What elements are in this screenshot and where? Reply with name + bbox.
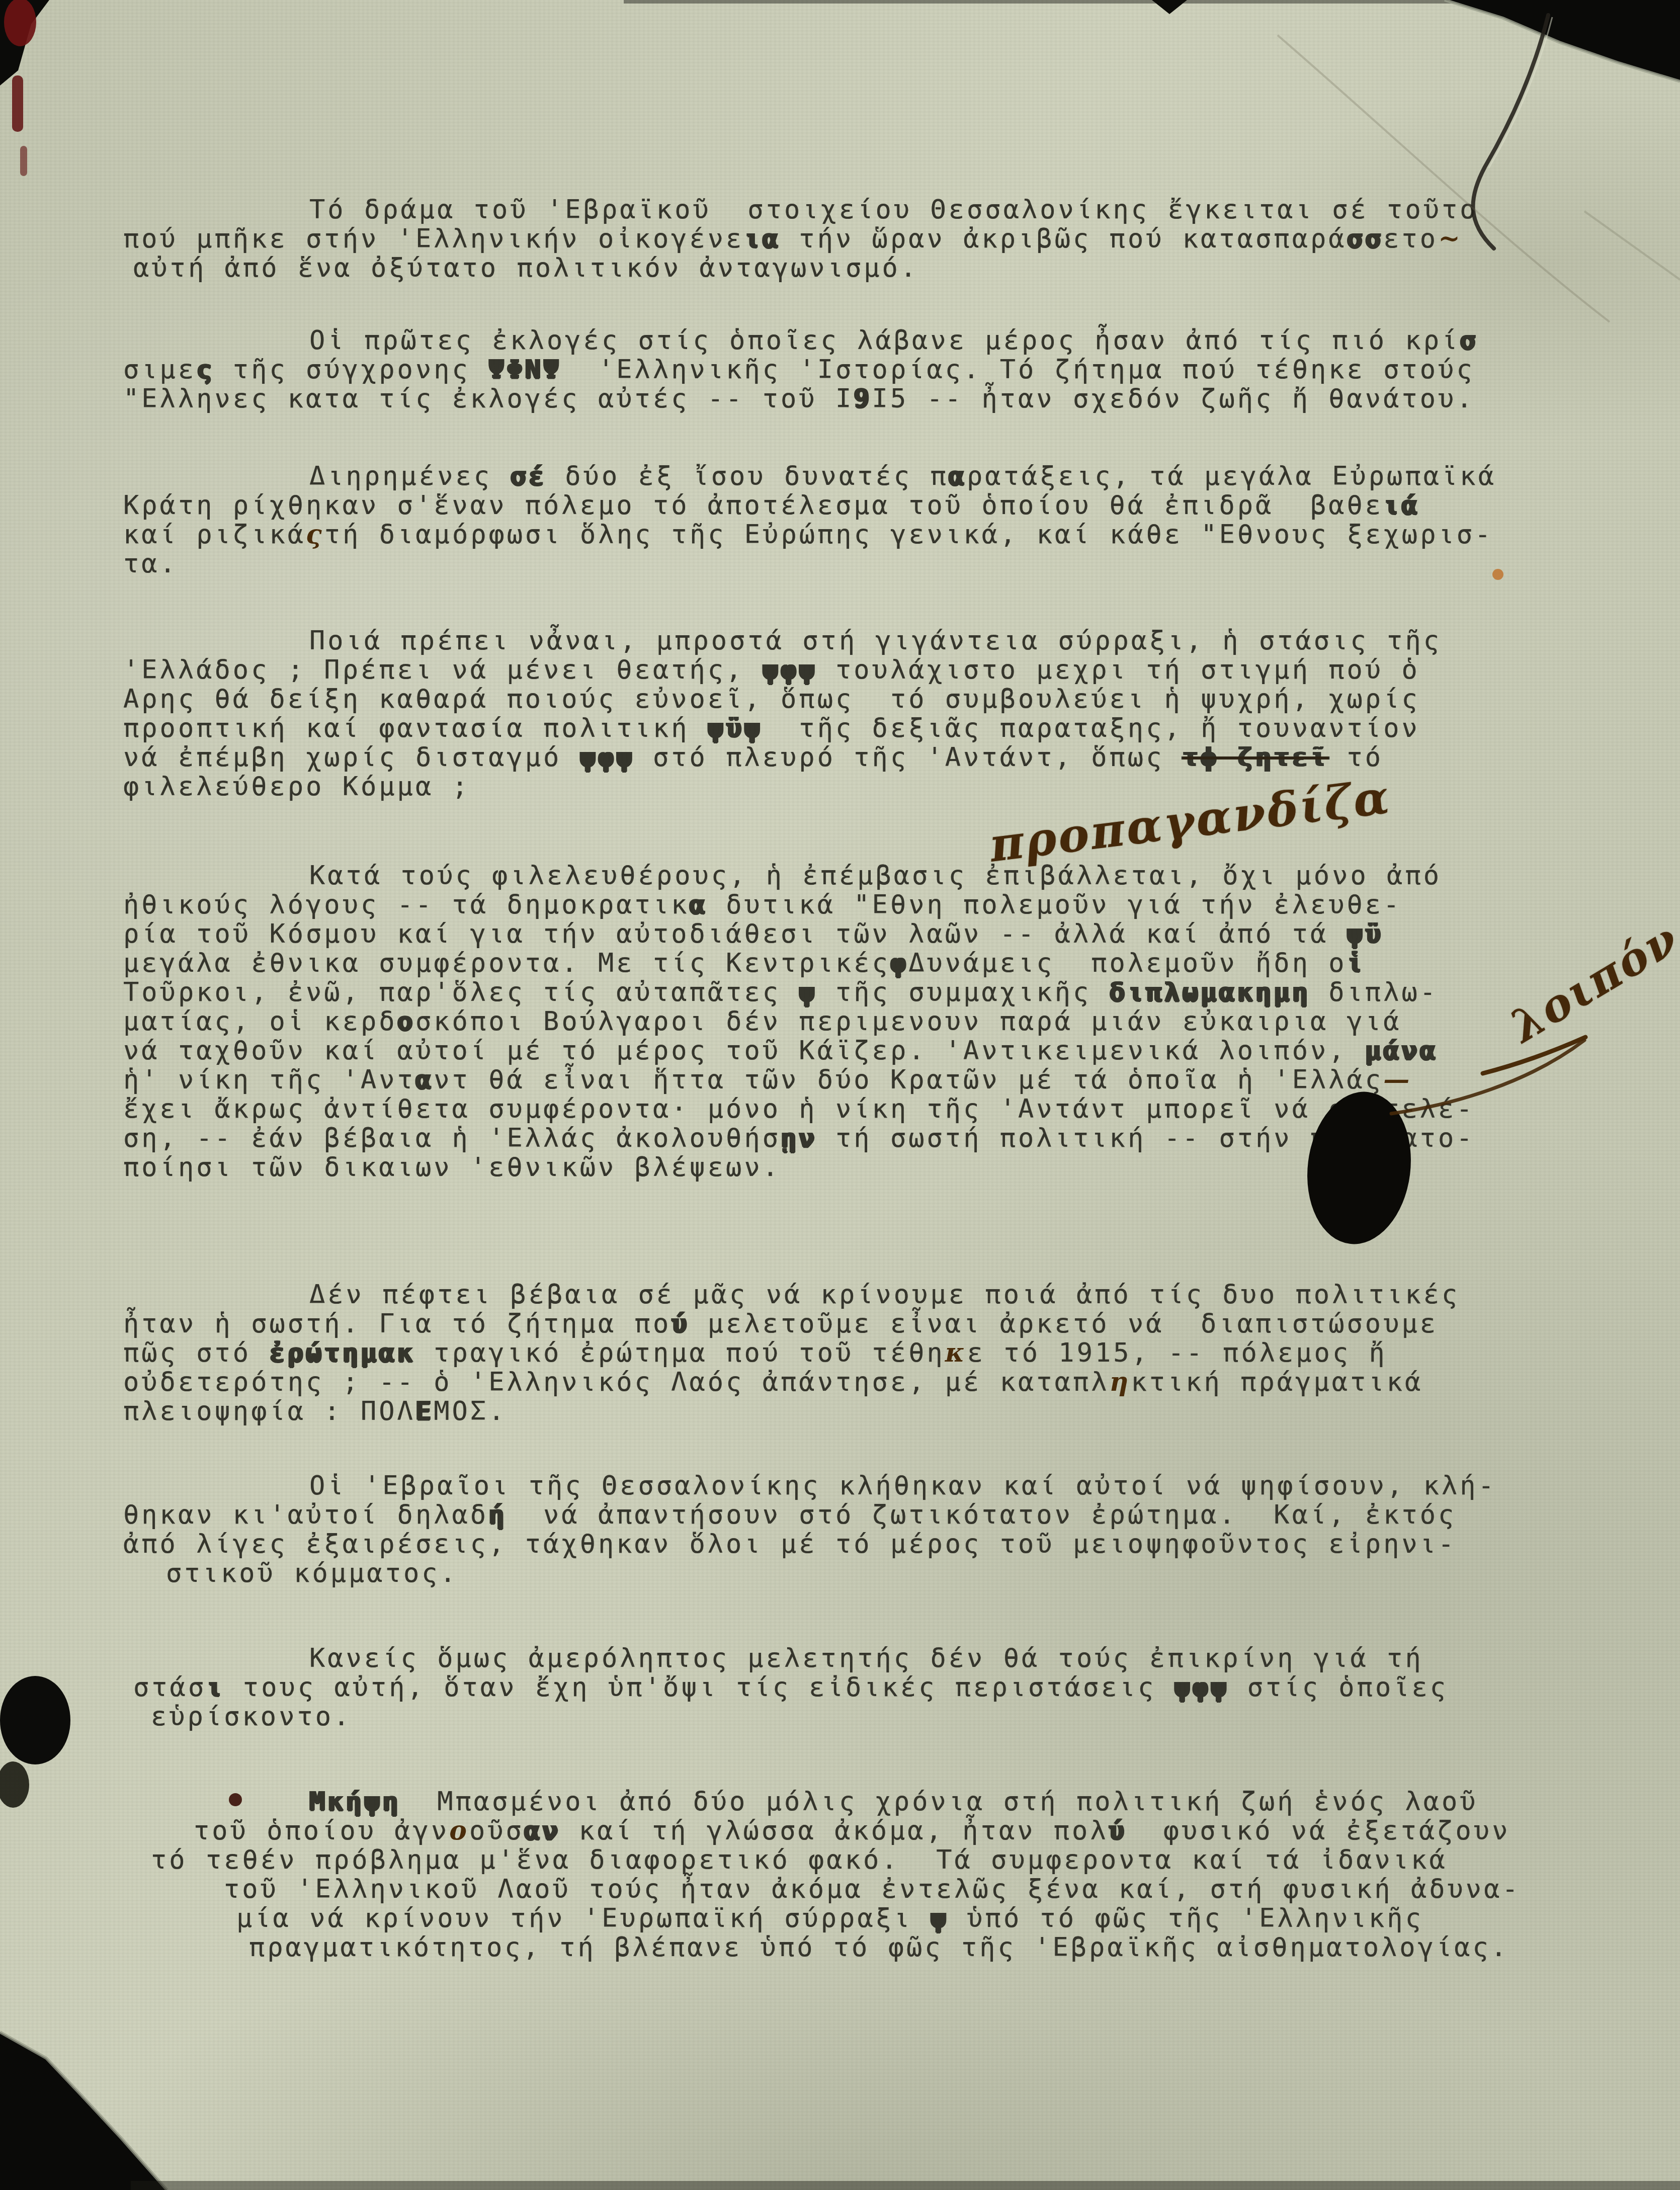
typed-text: θηκαν κι'αὐτοί δηλαδ xyxy=(123,1500,488,1530)
typed-text: ΜΟΣ. xyxy=(434,1396,507,1426)
overtyped-text: σ xyxy=(1460,325,1478,356)
typed-text: τα. xyxy=(123,549,178,579)
handwritten-correction: κ xyxy=(945,1337,967,1368)
text-line: τό τεθέν πρόβλημα μ'ἕνα διαφορετικό φακό… xyxy=(123,1845,1448,1875)
typed-text: φυσικό νά ἐξετάζουν xyxy=(1127,1816,1510,1846)
red-ink-mark-3 xyxy=(20,146,27,176)
typed-text: Δυνάμεις πολεμοῦν ἤδη ο xyxy=(908,948,1347,978)
typed-text: τους αὐτή, ὅταν ἔχη ὑπ'ὄψι τίς εἰδικές π… xyxy=(225,1672,1174,1703)
typed-text: τουλάχιστο μεχρι τή στιγμή πού ὁ xyxy=(817,655,1420,685)
typed-text: ση, -- ἐάν βέβαια ἡ 'Ελλάς ἀκολουθήσ xyxy=(123,1123,781,1153)
typed-text: Κράτη ρίχθηκαν σ'ἕναν πόλεμο τό ἀποτέλεσ… xyxy=(123,490,1383,521)
typed-text: Ι5 -- ἦταν σχεδόν ζωῆς ἤ θανάτου. xyxy=(872,384,1475,414)
typed-text: ματίας, οἱ κερδ xyxy=(123,1006,397,1037)
text-line: Κανείς ὅμως ἀμερόληπτος μελετητής δέν θά… xyxy=(123,1644,1423,1673)
paragraph-5: Κατά τούς φιλελευθέρους, ἡ ἐπέμβασις ἐπι… xyxy=(123,861,1592,1182)
typed-text: Οἱ πρῶτες ἐκλογές στίς ὁποῖες λάβανε μέρ… xyxy=(309,325,1460,356)
overtyped-text: ο xyxy=(397,1006,415,1037)
torn-corner-top-right xyxy=(1445,0,1680,81)
typed-text: στάσ xyxy=(133,1672,206,1703)
paragraph-3: Διηρημένες σέ δύο ἐξ ἴσου δυνατές παρατά… xyxy=(123,462,1592,578)
overtyped-text: ύ xyxy=(671,1309,689,1339)
top-edge-shadow xyxy=(624,0,1459,4)
handwritten-correction: — xyxy=(1383,1064,1412,1095)
overtyped-text: ψ xyxy=(799,977,817,1007)
text-line: ἡ' νίκη τῆς 'Ανταντ θά εἶναι ἥττα τῶν δύ… xyxy=(123,1065,1412,1094)
typed-text: πραγματικότητος, τή βλέπανε ὑπό τό φῶς τ… xyxy=(249,1932,1509,1963)
typed-text: Δέν πέφτει βέβαια σέ μᾶς νά κρίνουμε ποι… xyxy=(309,1280,1460,1310)
typed-text: Κατά τούς φιλελευθέρους, ἡ ἐπέμβασις ἐπι… xyxy=(309,861,1442,891)
text-line: Δέν πέφτει βέβαια σέ μᾶς νά κρίνουμε ποι… xyxy=(123,1280,1460,1309)
handwritten-correction: ς xyxy=(306,519,324,550)
overtyped-text: ς xyxy=(196,355,214,385)
typed-text: κτική πράγματικά xyxy=(1131,1367,1423,1397)
paragraph-6: Δέν πέφτει βέβαια σέ μᾶς νά κρίνουμε ποι… xyxy=(123,1280,1592,1426)
handwritten-correction: ο xyxy=(449,1815,469,1846)
typewritten-text-block: Τό δράμα τοῦ 'Εβραϊκοῦ στοιχείου Θεσσαλο… xyxy=(123,195,1592,1962)
typed-text: ἠθικούς λόγους -- τά δημοκρατικ xyxy=(123,890,690,920)
typed-text: ποίησι τῶν δικαιων 'εθνικῶν βλέψεων. xyxy=(123,1152,781,1183)
text-line: ἔχει ἄκρως ἀντίθετα συμφέροντα· μόνο ἡ ν… xyxy=(123,1094,1475,1124)
typed-text: διπλω- xyxy=(1310,977,1438,1007)
handwritten-correction: η xyxy=(1110,1367,1131,1397)
torn-corner-top-left xyxy=(0,0,49,86)
typed-text: τῆς συμμαχικῆς xyxy=(817,977,1110,1007)
crease-line-2 xyxy=(1584,211,1680,280)
overtyped-text: αν xyxy=(524,1816,561,1846)
bottom-edge-shadow xyxy=(131,2181,1680,2190)
typed-text: Τό δράμα τοῦ 'Εβραϊκοῦ στοιχείου Θεσσαλο… xyxy=(309,195,1478,225)
typed-text: στίς ὁποῖες xyxy=(1229,1672,1448,1703)
overtyped-text: ΨΦΝΨ xyxy=(488,355,561,385)
typed-text: πῶς στό xyxy=(123,1338,269,1368)
typed-text: πλειοψηφία : ΠΟΛ xyxy=(123,1396,415,1426)
text-line: αὐτή ἀπό ἕνα ὀξύτατο πολιτικόν ἀνταγωνισ… xyxy=(123,254,918,283)
paragraph-7: Οἱ 'Εβραῖοι τῆς Θεσσαλονίκης κλήθηκαν κα… xyxy=(123,1471,1592,1588)
typed-text: δύο ἐξ ἴσου δυνατές π xyxy=(547,461,949,491)
text-line: πλειοψηφία : ΠΟΛΕΜΟΣ. xyxy=(123,1397,507,1426)
text-line: Οἱ 'Εβραῖοι τῆς Θεσσαλονίκης κλήθηκαν κα… xyxy=(123,1471,1496,1500)
typed-text: Τοῦρκοι, ἐνῶ, παρ'ὅλες τίς αὐταπᾶτες xyxy=(123,977,799,1007)
overtyped-text: ιά xyxy=(1383,490,1420,521)
overtyped-text: ια xyxy=(744,224,781,254)
typed-text: Αρης θά δείξη καθαρά ποιούς εὐνοεῖ, ὅπως… xyxy=(123,684,1420,714)
text-line: ση, -- ἐάν βέβαια ἡ 'Ελλάς ἀκολουθήσῃν τ… xyxy=(123,1124,1475,1153)
typed-text: Διηρημένες xyxy=(309,461,510,491)
typed-text: τήν ὥραν ἀκριβῶς πού κατασπαρά xyxy=(781,224,1347,254)
typed-text: τή διαμόρφωσι ὅλης τῆς Εὐρώπης γενικά, κ… xyxy=(324,520,1493,550)
overtyped-text: ψ xyxy=(931,1903,949,1933)
typed-text: ἡ' νίκη τῆς 'Αντ xyxy=(123,1065,415,1095)
text-line: θηκαν κι'αὐτοί δηλαδή νά ἀπαντήσουν στό … xyxy=(123,1500,1456,1530)
typed-text: αὐτή ἀπό ἕνα ὀξύτατο πολιτικόν ἀνταγωνισ… xyxy=(133,253,918,283)
text-line: καί ριζικάςτή διαμόρφωσι ὅλης τῆς Εὐρώπη… xyxy=(123,520,1493,549)
typed-text: τοῦ ὁποίου ἀγν xyxy=(194,1816,449,1846)
text-line: Μκήψη Μπασμένοι ἀπό δύο μόλις χρόνια στή… xyxy=(123,1787,1478,1816)
text-line: φιλελεύθερο Κόμμα ; xyxy=(123,772,470,801)
text-line: μία νά κρίνουν τήν 'Ευρωπαϊκή σύρραξι ψ … xyxy=(123,1904,1423,1933)
typed-text: ρατάξεις, τά μεγάλα Εὐρωπαϊκά xyxy=(967,461,1496,491)
top-edge-nick xyxy=(1152,0,1187,14)
typed-text: νά ἀπαντήσουν στό ζωτικότατον ἐρώτημα. Κ… xyxy=(507,1500,1456,1530)
typed-text: εὑρίσκοντο. xyxy=(151,1702,352,1732)
paragraph-2: Οἱ πρῶτες ἐκλογές στίς ὁποῖες λάβανε μέρ… xyxy=(123,326,1592,413)
text-line: πού μπῆκε στήν 'Ελληνικήν οἰκογένεια τήν… xyxy=(123,224,1463,254)
typed-text: ε τό 1915, -- πόλεμος ἤ xyxy=(967,1338,1387,1368)
text-line: τα. xyxy=(123,549,178,578)
text-line: οὐδετερότης ; -- ὁ 'Ελληνικός Λαός ἀπάντ… xyxy=(123,1368,1423,1397)
typed-text: Ποιά πρέπει νἆναι, μπροστά στή γιγάντεια… xyxy=(309,626,1442,656)
typed-text: ὑπό τό φῶς τῆς 'Ελληνικῆς xyxy=(949,1903,1423,1933)
overtyped-text: ἐρώτημακ xyxy=(269,1338,415,1368)
text-line: Κράτη ρίχθηκαν σ'ἕναν πόλεμο τό ἀποτέλεσ… xyxy=(123,491,1420,520)
text-line: ἀπό λίγες ἐξαιρέσεις, τάχθηκαν ὅλοι μέ τ… xyxy=(123,1530,1456,1559)
paragraph-9: Μκήψη Μπασμένοι ἀπό δύο μόλις χρόνια στή… xyxy=(123,1787,1592,1962)
text-line: νά ταχθοῦν καί αὐτοί μέ τό μέρος τοῦ Κάϊ… xyxy=(123,1036,1438,1065)
overtyped-text: α xyxy=(415,1065,434,1095)
typed-text: μελετοῦμε εἶναι ἀρκετό νά διαπιστώσουμε xyxy=(690,1309,1439,1339)
text-line: πῶς στό ἐρώτημακ τραγικό ἐρώτημα πού τοῦ… xyxy=(123,1338,1387,1368)
typed-text: πού μπῆκε στήν 'Ελληνικήν οἰκογένε xyxy=(123,224,744,254)
left-edge-blot xyxy=(0,1676,70,1764)
text-line: πραγματικότητος, τή βλέπανε ὑπό τό φῶς τ… xyxy=(123,1933,1509,1962)
typed-text: ντ θά εἶναι ἥττα τῶν δύο Κρατῶν μέ τά ὁπ… xyxy=(434,1065,1383,1095)
typed-text: ἀπό λίγες ἐξαιρέσεις, τάχθηκαν ὅλοι μέ τ… xyxy=(123,1529,1456,1559)
overtyped-text: μάνα xyxy=(1365,1036,1438,1066)
typed-text: τῆς δεξιᾶς παραταξης, ἤ τουναντίον xyxy=(763,713,1420,743)
text-line: Ποιά πρέπει νἆναι, μπροστά στή γιγάντεια… xyxy=(123,626,1442,655)
torn-edge-highlight-top-right xyxy=(1445,0,1680,81)
overtyped-text: ι xyxy=(206,1672,224,1703)
text-line: στάσι τους αὐτή, ὅταν ἔχη ὑπ'ὄψι τίς εἰδ… xyxy=(123,1673,1448,1702)
text-line: ποίησι τῶν δικαιων 'εθνικῶν βλέψεων. xyxy=(123,1153,781,1182)
overtyped-text: ἱ xyxy=(1347,948,1365,978)
overtyped-text: ῃν xyxy=(781,1123,817,1153)
overtyped-text: ύ xyxy=(1109,1816,1127,1846)
overtyped-text: ψφψ xyxy=(763,655,817,685)
left-edge-blot-small xyxy=(0,1761,29,1808)
torn-corner-bottom-left xyxy=(0,2032,167,2190)
overtyped-text: Ε xyxy=(415,1396,434,1426)
typed-text: τῆς σύγχρονης xyxy=(215,355,489,385)
text-line: "Ελληνες κατα τίς ἐκλογές αὐτές -- τοῦ Ι… xyxy=(123,384,1475,413)
text-line: Τοῦρκοι, ἐνῶ, παρ'ὅλες τίς αὐταπᾶτες ψ τ… xyxy=(123,978,1438,1007)
typed-text: Κανείς ὅμως ἀμερόληπτος μελετητής δέν θά… xyxy=(309,1643,1423,1673)
typed-text: νά ἐπέμβη χωρίς δισταγμό xyxy=(123,742,580,773)
typed-text: ρία τοῦ Κόσμου καί για τήν αὐτοδιάθεσι τ… xyxy=(123,919,1347,949)
text-line: στικοῦ κόμματος. xyxy=(123,1559,458,1588)
text-line: Κατά τούς φιλελευθέρους, ἡ ἐπέμβασις ἐπι… xyxy=(123,861,1442,890)
overtyped-text: ψφψ xyxy=(580,742,635,773)
typed-text: προοπτική καί φαντασία πολιτική xyxy=(123,713,708,743)
text-line: προοπτική καί φαντασία πολιτική ψϋψ τῆς … xyxy=(123,714,1420,743)
overtyped-text: α xyxy=(949,461,967,491)
typed-text: καί ριζικά xyxy=(123,520,306,550)
text-line: ἠθικούς λόγους -- τά δημοκρατικα δυτικά … xyxy=(123,890,1401,919)
typed-text: ετο xyxy=(1383,224,1438,254)
paragraph-1: Τό δράμα τοῦ 'Εβραϊκοῦ στοιχείου Θεσσαλο… xyxy=(123,195,1592,283)
typed-text: τό xyxy=(1328,742,1383,773)
typed-text: τή σωστή πολιτική -- στήν πραγματο- xyxy=(817,1123,1475,1153)
overtyped-text: ή xyxy=(488,1500,507,1530)
typed-text: σκόποι Βούλγαροι δέν περιμενουν παρά μιά… xyxy=(415,1006,1402,1037)
text-line: ἦταν ἡ σωστή. Για τό ζήτημα πού μελετοῦμ… xyxy=(123,1309,1438,1338)
text-line: Διηρημένες σέ δύο ἐξ ἴσου δυνατές παρατά… xyxy=(123,462,1496,491)
text-line: ρία τοῦ Κόσμου καί για τήν αὐτοδιάθεσι τ… xyxy=(123,919,1383,949)
text-line: ματίας, οἱ κερδοσκόποι Βούλγαροι δέν περ… xyxy=(123,1007,1401,1036)
overtyped-text: 9 xyxy=(854,384,872,414)
typed-text: οὐδετερότης ; -- ὁ 'Ελληνικός Λαός ἀπάντ… xyxy=(123,1367,1110,1397)
typed-text: τραγικό ἐρώτημα πού τοῦ τέθη xyxy=(415,1338,945,1368)
typed-text: μεγάλα ἐθνικα συμφέροντα. Με τίς Κεντρικ… xyxy=(123,948,890,978)
text-line: Αρης θά δείξη καθαρά ποιούς εὐνοεῖ, ὅπως… xyxy=(123,685,1420,714)
overtyped-text: φ xyxy=(890,948,908,978)
typed-text: καί τή γλώσσα ἀκόμα, ἦταν πολ xyxy=(561,1816,1109,1846)
typed-text: τοῦ 'Ελληνικοῦ Λαοῦ τούς ἦταν ἀκόμα ἐντε… xyxy=(224,1874,1521,1904)
typed-text: ἔχει ἄκρως ἀντίθετα συμφέροντα· μόνο ἡ ν… xyxy=(123,1094,1475,1124)
paragraph-8: Κανείς ὅμως ἀμερόληπτος μελετητής δέν θά… xyxy=(123,1644,1592,1731)
overtyped-text: σέ xyxy=(510,461,547,491)
overtyped-text: ψϋ xyxy=(1347,919,1384,949)
typed-text: σιμε xyxy=(123,355,196,385)
text-line: Τό δράμα τοῦ 'Εβραϊκοῦ στοιχείου Θεσσαλο… xyxy=(123,195,1478,224)
text-line: 'Ελλάδος ; Πρέπει νά μένει θεατής, ψφψ τ… xyxy=(123,655,1420,685)
typed-text: 'Ελλάδος ; Πρέπει νά μένει θεατής, xyxy=(123,655,763,685)
red-ink-mark-2 xyxy=(12,75,23,132)
torn-edge-highlight-bottom-left xyxy=(0,2032,167,2190)
text-line: τοῦ ὁποίου ἀγνοοῦσαν καί τή γλώσσα ἀκόμα… xyxy=(123,1816,1510,1845)
pen-struck-text: τϕ ζητεῖ xyxy=(1183,742,1328,773)
overtyped-text: ψϋψ xyxy=(708,713,763,743)
typed-text: δυτικά "Εθνη πολεμοῦν γιά τήν ἐλευθε- xyxy=(708,890,1402,920)
typed-text: οῦσ xyxy=(469,1816,524,1846)
red-ink-mark-1 xyxy=(4,0,36,46)
text-line: εὑρίσκοντο. xyxy=(123,1702,352,1731)
text-line: Οἱ πρῶτες ἐκλογές στίς ὁποῖες λάβανε μέρ… xyxy=(123,326,1478,355)
typed-text: 'Ελληνικῆς 'Ιστορίας. Τό ζήτημα πού τέθη… xyxy=(561,355,1474,385)
scanned-document-page: Τό δράμα τοῦ 'Εβραϊκοῦ στοιχείου Θεσσαλο… xyxy=(0,0,1680,2190)
overtyped-text: διπλωμακημη xyxy=(1110,977,1310,1007)
text-line: τοῦ 'Ελληνικοῦ Λαοῦ τούς ἦταν ἀκόμα ἐντε… xyxy=(123,1875,1521,1904)
typed-text: νά ταχθοῦν καί αὐτοί μέ τό μέρος τοῦ Κάϊ… xyxy=(123,1036,1365,1066)
overtyped-text: σσ xyxy=(1347,224,1384,254)
text-line: σιμες τῆς σύγχρονης ΨΦΝΨ 'Ελληνικῆς 'Ιστ… xyxy=(123,355,1475,384)
overtyped-text: α xyxy=(690,890,708,920)
text-line: νά ἐπέμβη χωρίς δισταγμό ψφψ στό πλευρό … xyxy=(123,743,1383,772)
typed-text: Οἱ 'Εβραῖοι τῆς Θεσσαλονίκης κλήθηκαν κα… xyxy=(309,1471,1496,1501)
typed-text: φιλελεύθερο Κόμμα ; xyxy=(123,772,470,802)
typed-text: τό τεθέν πρόβλημα μ'ἕνα διαφορετικό φακό… xyxy=(151,1845,1448,1875)
typed-text: "Ελληνες κατα τίς ἐκλογές αὐτές -- τοῦ Ι xyxy=(123,384,854,414)
text-line: μεγάλα ἐθνικα συμφέροντα. Με τίς Κεντρικ… xyxy=(123,949,1365,978)
overtyped-text: ψφψ xyxy=(1174,1672,1229,1703)
typed-text: μία νά κρίνουν τήν 'Ευρωπαϊκή σύρραξι xyxy=(236,1903,931,1933)
overtyped-text: Μκήψη xyxy=(309,1787,401,1817)
typed-text: ἦταν ἡ σωστή. Για τό ζήτημα πο xyxy=(123,1309,671,1339)
typed-text: στικοῦ κόμματος. xyxy=(166,1558,458,1588)
typed-text: στό πλευρό τῆς 'Αντάντ, ὅπως xyxy=(635,742,1183,773)
paper-crack-highlight xyxy=(1489,17,1552,168)
handwritten-correction: ~ xyxy=(1438,223,1463,254)
typed-text: Μπασμένοι ἀπό δύο μόλις χρόνια στή πολιτ… xyxy=(401,1787,1478,1817)
